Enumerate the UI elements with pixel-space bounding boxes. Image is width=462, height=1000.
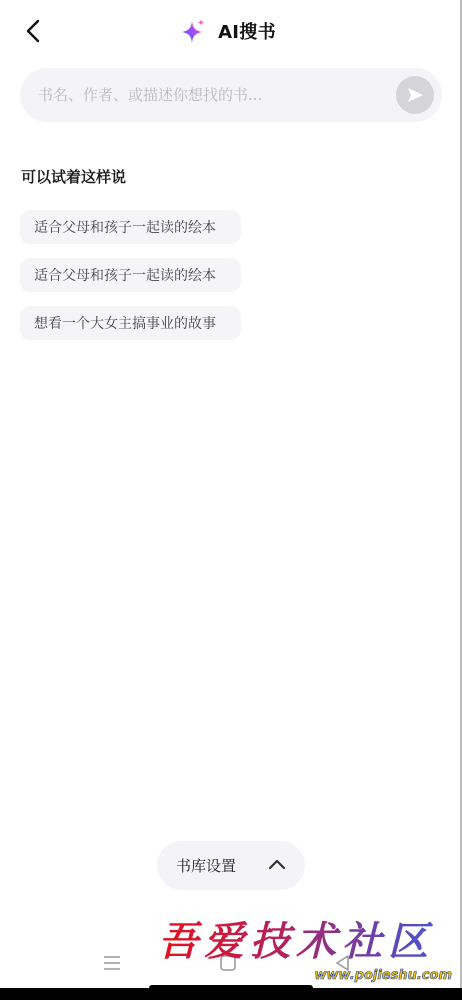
- back-triangle-icon: [334, 954, 352, 972]
- ai-book-search-screen: AI搜书 可以试着这样说 适合父母和孩子一起读的绘本 适合父母和孩子一起读的绘本…: [0, 0, 462, 1000]
- library-settings-button[interactable]: 书库设置: [157, 841, 305, 890]
- gesture-handle[interactable]: [149, 985, 313, 991]
- ai-sparkle-icon: [178, 16, 208, 46]
- header: AI搜书: [0, 0, 460, 62]
- search-bar: [20, 68, 442, 122]
- suggestion-list: 适合父母和孩子一起读的绘本 适合父母和孩子一起读的绘本 想看一个大女主搞事业的故…: [20, 210, 241, 340]
- send-arrow-icon: [405, 85, 425, 105]
- send-button[interactable]: [396, 76, 434, 114]
- system-navigation-bar: [0, 940, 460, 984]
- menu-icon: [103, 955, 121, 971]
- suggestions-heading: 可以试着这样说: [21, 166, 126, 187]
- library-settings-label: 书库设置: [176, 855, 236, 876]
- title-group: AI搜书: [0, 14, 460, 48]
- home-square-icon: [219, 954, 237, 972]
- search-input[interactable]: [38, 86, 396, 104]
- chevron-up-icon: [268, 857, 286, 871]
- system-back-button[interactable]: [330, 950, 356, 976]
- menu-button[interactable]: [99, 950, 125, 976]
- suggestion-chip[interactable]: 适合父母和孩子一起读的绘本: [20, 210, 241, 244]
- page-title: AI搜书: [218, 18, 276, 44]
- suggestion-chip[interactable]: 适合父母和孩子一起读的绘本: [20, 258, 241, 292]
- home-button[interactable]: [215, 950, 241, 976]
- suggestion-chip[interactable]: 想看一个大女主搞事业的故事: [20, 306, 241, 340]
